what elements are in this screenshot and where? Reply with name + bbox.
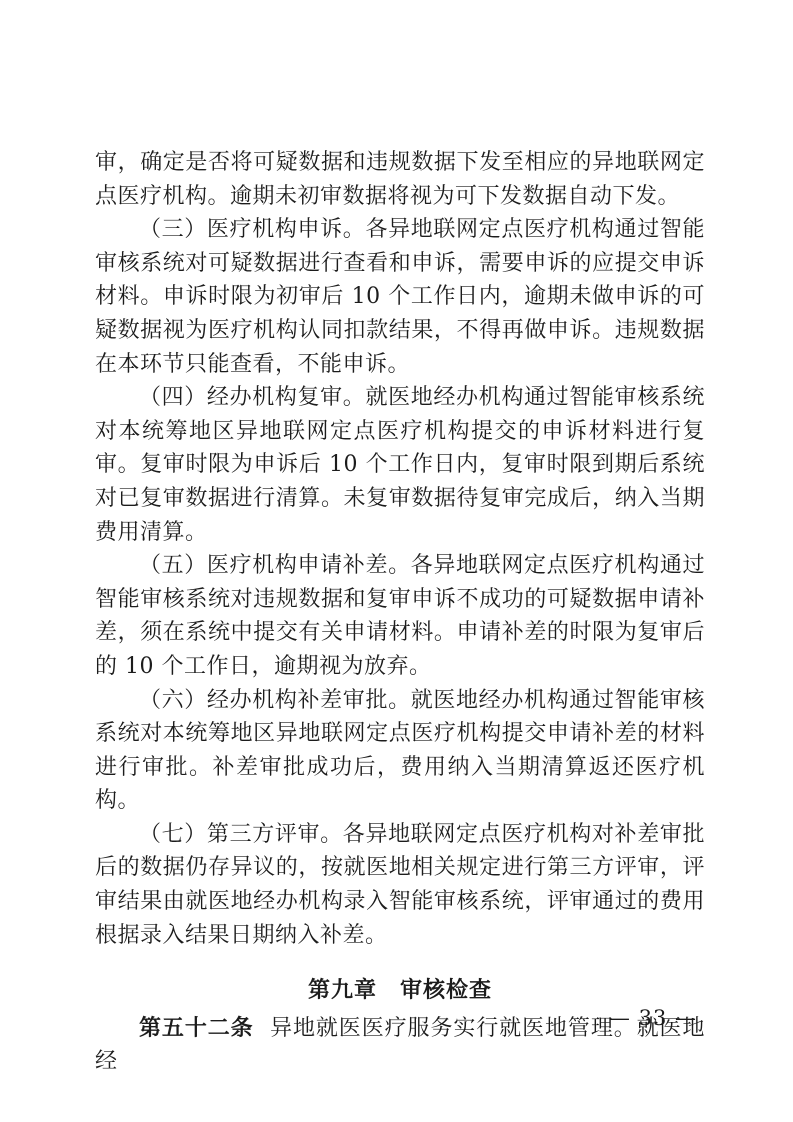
paragraph-item-5: （五）医疗机构申请补差。各异地联网定点医疗机构通过智能审核系统对违规数据和复审申… bbox=[95, 549, 705, 683]
paragraph-item-6: （六）经办机构补差审批。就医地经办机构通过智能审核系统对本统筹地区异地联网定点医… bbox=[95, 684, 705, 818]
paragraph-continuation: 审，确定是否将可疑数据和违规数据下发至相应的异地联网定点医疗机构。逾期未初审数据… bbox=[95, 146, 705, 213]
paragraph-item-3: （三）医疗机构申诉。各异地联网定点医疗机构通过智能审核系统对可疑数据进行查看和申… bbox=[95, 213, 705, 381]
article-number: 第五十二条 bbox=[139, 1016, 254, 1041]
document-body: 审，确定是否将可疑数据和违规数据下发至相应的异地联网定点医疗机构。逾期未初审数据… bbox=[95, 146, 705, 1079]
paragraph-item-7: （七）第三方评审。各异地联网定点医疗机构对补差审批后的数据仍存异议的，按就医地相… bbox=[95, 818, 705, 952]
paragraph-item-4: （四）经办机构复审。就医地经办机构通过智能审核系统对本统筹地区异地联网定点医疗机… bbox=[95, 381, 705, 549]
document-page: 审，确定是否将可疑数据和违规数据下发至相应的异地联网定点医疗机构。逾期未初审数据… bbox=[0, 0, 793, 1122]
chapter-heading: 第九章 审核检查 bbox=[95, 974, 705, 1008]
page-number: — 33 — bbox=[609, 1006, 697, 1030]
